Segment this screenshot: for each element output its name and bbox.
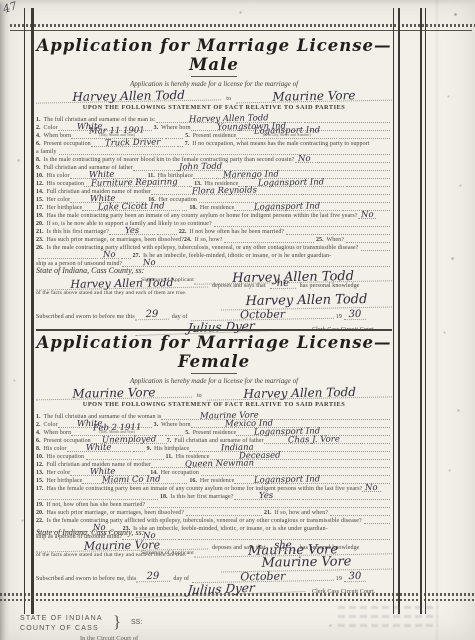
- item-number: 15.: [36, 197, 47, 203]
- dotted-blank: [182, 205, 187, 211]
- female-parties-row: Maurine Vore to Harvey Allen Todd: [36, 386, 392, 399]
- printed-label: If no occupation, what means has the mal…: [192, 141, 369, 147]
- dotted-blank: [367, 438, 390, 444]
- printed-label: Present residence: [193, 133, 237, 139]
- female-sworn-row: Subscribed and sworn to before me, this …: [36, 572, 366, 582]
- item-number: 7.: [167, 438, 175, 444]
- form-line: 20.Has such prior marriage, or marriages…: [36, 508, 392, 516]
- printed-label: Has the male contracting party been an i…: [47, 213, 358, 219]
- item-number: 5.: [185, 430, 193, 436]
- form-line: 18.Is this her first marriage?Yes: [36, 492, 392, 500]
- printed-label: His occupation: [47, 181, 85, 187]
- handwritten-field: No: [100, 252, 119, 260]
- female-application-form: Application for Marriage License—Female …: [36, 333, 392, 556]
- handwritten-value: White: [89, 195, 115, 202]
- item-number: 17.: [36, 486, 47, 492]
- item-number: 12.: [36, 462, 47, 468]
- sworn-year: 30: [344, 311, 366, 320]
- printed-label: If so, how and when?: [275, 510, 329, 516]
- handwritten-field: Logansport Ind: [234, 477, 340, 485]
- form-line: No27.Is he an imbecile, feeble-minded, i…: [36, 251, 392, 259]
- dotted-blank: [182, 478, 187, 484]
- printed-label: If so, how?: [195, 237, 223, 243]
- item-number: 15.: [36, 478, 47, 484]
- fold-line: [435, 0, 439, 640]
- handwritten-value: No: [103, 251, 116, 258]
- dotted-blank: [287, 446, 390, 452]
- item-number: 18.: [189, 205, 200, 211]
- border-line-right-outer-a: [420, 8, 422, 614]
- title-rule: [191, 76, 237, 77]
- handwritten-field: Yes: [109, 228, 155, 236]
- border-line-left-outer: [24, 8, 25, 614]
- handwritten-value: Lake Cicott Ind: [98, 203, 165, 211]
- item-number: 8.: [36, 446, 44, 452]
- item-number: 13.: [36, 470, 47, 476]
- to-label: to: [221, 96, 236, 102]
- item-number: 4.: [36, 430, 44, 436]
- dotted-blank: [214, 221, 390, 227]
- printed-label: Color: [44, 422, 58, 428]
- printed-label: Is he an imbecile, feeble-minded, idioti…: [143, 253, 331, 259]
- handwritten-field: Lake Cicott Ind: [82, 204, 180, 212]
- dotted-blank: [271, 165, 390, 171]
- male-deponent-row: Harvey Allen Todd deposes and says that …: [36, 278, 392, 289]
- dotted-blank: [289, 462, 390, 468]
- knowledge-text: has personal knowledge: [296, 545, 360, 551]
- handwritten-field: Queen Newman: [151, 461, 287, 469]
- handwritten-value: No: [360, 211, 373, 218]
- female-party2-name: Harvey Allen Todd: [207, 387, 392, 400]
- printed-label: Is this his first marriage?: [47, 229, 109, 235]
- form-line: 19.Has the male contracting party been a…: [36, 211, 392, 219]
- dotted-blank: [286, 229, 390, 235]
- item-number: 1.: [36, 117, 44, 123]
- item-number: 4.: [36, 133, 44, 139]
- handwritten-value: Miami Co Ind: [102, 476, 161, 484]
- female-intro-text: Application is hereby made for a license…: [36, 377, 392, 385]
- printed-label: Where born: [161, 422, 191, 428]
- handwritten-value: Yes: [259, 492, 273, 499]
- item-number: 17.: [36, 205, 47, 211]
- printed-label: Present residence: [193, 430, 237, 436]
- item-number: 20.: [36, 510, 47, 516]
- footer-ss-label: SS:: [131, 619, 142, 626]
- day-of-label: day of: [170, 576, 192, 582]
- form-line: 8.His colorWhite9.His birthplaceIndiana: [36, 444, 392, 452]
- female-pronoun: she: [270, 542, 296, 551]
- female-affidavit-state-line: State of Indiana, Cass County, ss:: [36, 528, 392, 537]
- handwritten-value: Logansport Ind: [254, 127, 320, 135]
- cutoff-bottom-text: In the Circuit Court of: [80, 635, 138, 640]
- item-number: 2.: [36, 422, 44, 428]
- printed-label: His occupation: [47, 454, 85, 460]
- dotted-blank: [304, 117, 390, 123]
- male-affidavit: State of Indiana, Cass County, ss: Harve…: [36, 266, 392, 333]
- item-number: 26.: [36, 245, 47, 251]
- female-statement-heading: UPON THE FOLLOWING STATEMENT OF FACT REL…: [36, 401, 392, 408]
- handwritten-field: Logansport Ind: [234, 204, 340, 212]
- ghost-print-bleedthrough: [338, 606, 438, 633]
- printed-label: His birthplace: [154, 446, 189, 452]
- border-line-right-inner-a: [393, 8, 394, 614]
- dotted-blank: [299, 414, 390, 420]
- form-line: 19.If not, how often has she been marrie…: [36, 500, 392, 508]
- printed-label: The full christian and surname of the wo…: [44, 414, 162, 420]
- printed-label: When born: [44, 133, 72, 139]
- deposes-text: deposes and says that: [208, 545, 270, 551]
- dotted-blank: [86, 454, 163, 460]
- handwritten-field: No: [358, 212, 377, 220]
- item-number: 12.: [36, 181, 47, 187]
- male-affidavit-signature-row: Harvey Allen Todd: [221, 296, 392, 309]
- handwritten-value: Queen Newman: [185, 460, 254, 468]
- dotted-blank: [315, 157, 390, 163]
- printed-label: If not how often has he been married?: [189, 229, 284, 235]
- handwritten-value: White: [89, 468, 115, 475]
- form-line: 17.Has the female contracting party been…: [36, 484, 392, 492]
- dotted-blank: [339, 133, 390, 139]
- dotted-blank: [133, 446, 145, 452]
- deposes-text: deposes and says that: [208, 283, 270, 289]
- handwritten-value: Logansport Ind: [254, 203, 320, 211]
- female-affidavit-signature-row: Maurine Vore: [221, 558, 392, 571]
- item-number: 20.: [36, 221, 47, 227]
- item-number: 21.: [36, 229, 47, 235]
- dotted-blank: [121, 253, 131, 259]
- female-deponent-row: Maurine Vore deposes and says that she h…: [36, 540, 392, 551]
- year-prefix: 19: [334, 314, 344, 320]
- item-number: 9.: [36, 165, 44, 171]
- dotted-blank: [313, 454, 390, 460]
- dotted-blank: [224, 237, 314, 243]
- item-number: 7.: [185, 141, 193, 147]
- dotted-blank: [186, 510, 262, 516]
- form-line: 26.Is the male contracting party afflict…: [36, 243, 392, 251]
- dotted-blank: [309, 422, 390, 428]
- printed-label: Her residence: [200, 205, 234, 211]
- sworn-day: 29: [135, 311, 169, 321]
- handwritten-value: No: [297, 155, 310, 162]
- footer-brace: }: [113, 612, 121, 632]
- dotted-blank: [346, 181, 390, 187]
- handwritten-value: Furniture Repairing: [91, 179, 178, 187]
- scan-speckles: [0, 0, 1, 1]
- border-hatch-bottom-b: [0, 599, 475, 601]
- dotted-blank: [330, 510, 390, 516]
- dotted-blank: [364, 518, 390, 524]
- printed-label: a family: [36, 149, 57, 155]
- male-form-lines: 1.The full christian and surname of the …: [36, 115, 392, 267]
- sworn-text: Subscribed and sworn to before me, this: [36, 576, 136, 582]
- male-affidavit-state-line: State of Indiana, Cass County, ss:: [36, 266, 392, 275]
- printed-label: When born: [44, 430, 72, 436]
- printed-label: Her color: [47, 470, 71, 476]
- handwritten-value: Truck Driver: [105, 139, 160, 146]
- dotted-blank: [302, 494, 390, 500]
- item-number: 22.: [36, 518, 47, 524]
- dotted-blank: [299, 189, 390, 195]
- item-number: 22.: [179, 229, 190, 235]
- border-line-top: [10, 30, 472, 31]
- handwritten-value: White: [89, 171, 115, 178]
- form-line: 15.Her colorWhite16.Her occupation: [36, 195, 392, 203]
- handwritten-value: Logansport Ind: [258, 179, 324, 187]
- male-deponent-name: Harvey Allen Todd: [36, 278, 208, 290]
- border-line-left-inner: [31, 8, 34, 614]
- dotted-blank: [177, 141, 183, 147]
- title-rule: [191, 373, 237, 374]
- male-form-title: Application for Marriage License—Male: [36, 36, 392, 74]
- item-number: 10.: [36, 454, 47, 460]
- footer-state-line: STATE OF INDIANA: [20, 614, 103, 624]
- form-line: 10.His colorWhite11.His birthplaceMareng…: [36, 171, 392, 179]
- printed-label: Color: [44, 125, 58, 131]
- year-prefix: 19: [334, 576, 344, 582]
- handwritten-value: Chas J. Vore: [288, 436, 340, 443]
- male-application-form: Application for Marriage License—Male Ap…: [36, 36, 392, 283]
- border-hatch-top: [10, 24, 475, 27]
- item-number: 21.: [264, 510, 275, 516]
- dotted-blank: [38, 494, 158, 500]
- item-number: 19.: [36, 213, 47, 219]
- handwritten-value: Mexico Ind: [225, 420, 273, 427]
- sworn-year: 30: [344, 573, 366, 582]
- item-number: 6.: [36, 438, 44, 444]
- item-number: 25.: [316, 237, 327, 243]
- printed-label: Her birthplace: [47, 478, 83, 484]
- female-clerk-row: Julius Dyer Clerk Cass Circuit Court.: [136, 582, 392, 595]
- printed-label: Where born: [161, 125, 191, 131]
- handwritten-field: No: [362, 485, 381, 493]
- handwritten-value: Flora Reynolds: [192, 187, 257, 195]
- form-line: 22.Is the female contracting party affli…: [36, 516, 392, 524]
- handwritten-field: Truck Driver: [91, 140, 175, 148]
- printed-label: Is the male contracting party of nearer …: [44, 157, 295, 163]
- dotted-blank: [339, 430, 390, 436]
- clerk-title: Clerk Cass Circuit Court.: [306, 589, 376, 595]
- dotted-blank: [361, 245, 390, 251]
- male-sworn-row: Subscribed and sworn to before me this 2…: [36, 310, 366, 320]
- dotted-blank: [59, 149, 390, 155]
- form-line: 23.Has such prior marriage, or marriages…: [36, 235, 392, 243]
- handwritten-field: Miami Co Ind: [82, 477, 180, 485]
- form-line: 21.Is this his first marriage?Yes22.If n…: [36, 227, 392, 235]
- item-number: 23.: [36, 237, 47, 243]
- handwritten-field: Yes: [234, 493, 300, 501]
- item-number: 2.: [36, 125, 44, 131]
- female-affidavit: State of Indiana, Cass County, ss: Mauri…: [36, 528, 392, 595]
- form-line: 20.If so, is he now able to support a fa…: [36, 219, 392, 227]
- printed-label: Her residence: [200, 478, 234, 484]
- printed-label: Present occupation: [44, 141, 91, 147]
- item-number: 6.: [36, 141, 44, 147]
- item-number: 18.: [160, 494, 171, 500]
- handwritten-value: Mar 11 1901: [89, 127, 145, 134]
- printed-label: Has such prior marriage, or marriages, b…: [47, 510, 185, 516]
- printed-label: Has such prior marriage, or marriages, b…: [47, 237, 185, 243]
- male-clerk-row: Julius Dyer Clerk Cass Circuit Court.: [136, 320, 392, 333]
- printed-label: Her color: [47, 197, 71, 203]
- item-number: 27.: [133, 253, 144, 259]
- dotted-blank: [346, 237, 390, 243]
- sworn-day: 29: [136, 573, 170, 583]
- footer-county-line: COUNTY OF CASS: [20, 624, 103, 634]
- item-number: 11.: [166, 454, 176, 460]
- female-form-lines: 1.The full christian and surname of the …: [36, 412, 392, 540]
- to-label: to: [192, 393, 207, 399]
- handwritten-value: Feb 2 1911: [93, 424, 141, 431]
- form-line: 13.Her colorWhite14.Her occupation: [36, 468, 392, 476]
- handwritten-value: White: [86, 444, 112, 451]
- item-number: 16.: [189, 478, 200, 484]
- dotted-blank: [165, 133, 183, 139]
- printed-label: If not, how often has she been married?: [47, 502, 146, 508]
- item-number: 14.: [36, 189, 47, 195]
- handwritten-field: Furniture Repairing: [84, 180, 185, 188]
- form-line: 6.Present occupationTruck Driver7.If no …: [36, 139, 392, 147]
- printed-label: Is this her first marriage?: [171, 494, 234, 500]
- printed-label: His color: [47, 173, 70, 179]
- scan-edge-left: [0, 0, 9, 640]
- border-line-right-outer-b: [425, 8, 426, 614]
- form-line: a family: [36, 147, 392, 155]
- item-number: 5.: [185, 133, 193, 139]
- printed-label: Is the male contracting party afflicted …: [47, 245, 359, 251]
- printed-label: Her occupation: [161, 470, 199, 476]
- item-number: 9.: [147, 446, 155, 452]
- handwritten-value: Yes: [125, 227, 139, 234]
- footer-jurisdiction-block: STATE OF INDIANA COUNTY OF CASS: [20, 614, 103, 634]
- scan-edge-top: [0, 0, 475, 5]
- printed-label: His color: [44, 446, 67, 452]
- sworn-text: Subscribed and sworn to before me this: [36, 314, 135, 320]
- item-number: 19.: [36, 502, 47, 508]
- handwritten-field: No: [295, 156, 314, 164]
- male-statement-heading: UPON THE FOLLOWING STATEMENT OF FACT REL…: [36, 104, 392, 111]
- handwritten-value: No: [365, 484, 378, 491]
- day-of-label: day of: [169, 314, 191, 320]
- dotted-blank: [38, 253, 98, 259]
- male-party2-name: Maurine Vore: [236, 91, 392, 104]
- printed-label: Present occupation: [44, 438, 91, 444]
- dotted-blank: [165, 430, 183, 436]
- border-line-right-inner-b: [398, 8, 400, 614]
- printed-label: When?: [327, 237, 345, 243]
- item-number: 8.: [36, 157, 44, 163]
- item-number: 24.: [184, 237, 195, 243]
- female-form-title: Application for Marriage License—Female: [36, 333, 392, 371]
- knowledge-text: has personal knowledge: [296, 283, 360, 289]
- male-intro-text: Application is hereby made for a license…: [36, 80, 392, 88]
- dotted-blank: [157, 229, 177, 235]
- handwritten-field: Chas J. Vore: [264, 437, 365, 445]
- male-pronoun: he: [270, 280, 296, 289]
- handwritten-value: Logansport Ind: [254, 476, 320, 484]
- female-party1-name: Maurine Vore: [36, 388, 192, 401]
- form-line: 4.When bornMar 11 1901(Day, Month and Ye…: [36, 131, 392, 139]
- male-parties-row: Harvey Allen Todd to Maurine Vore: [36, 89, 392, 102]
- item-number: 10.: [36, 173, 47, 179]
- male-party1-name: Harvey Allen Todd: [36, 90, 221, 103]
- scanned-marriage-application-document: 47 Application for Marriage License—Male…: [0, 0, 475, 640]
- handwritten-field: White: [67, 445, 131, 453]
- item-number: 1.: [36, 414, 44, 420]
- form-separator-line: [36, 329, 392, 331]
- printed-label: Has the female contracting party been an…: [47, 486, 363, 492]
- dotted-blank: [147, 502, 390, 508]
- female-deponent-name: Maurine Vore: [36, 540, 208, 552]
- printed-label: Her birthplace: [47, 205, 83, 211]
- handwritten-value: John Todd: [179, 163, 222, 170]
- handwritten-field: Flora Reynolds: [151, 188, 297, 196]
